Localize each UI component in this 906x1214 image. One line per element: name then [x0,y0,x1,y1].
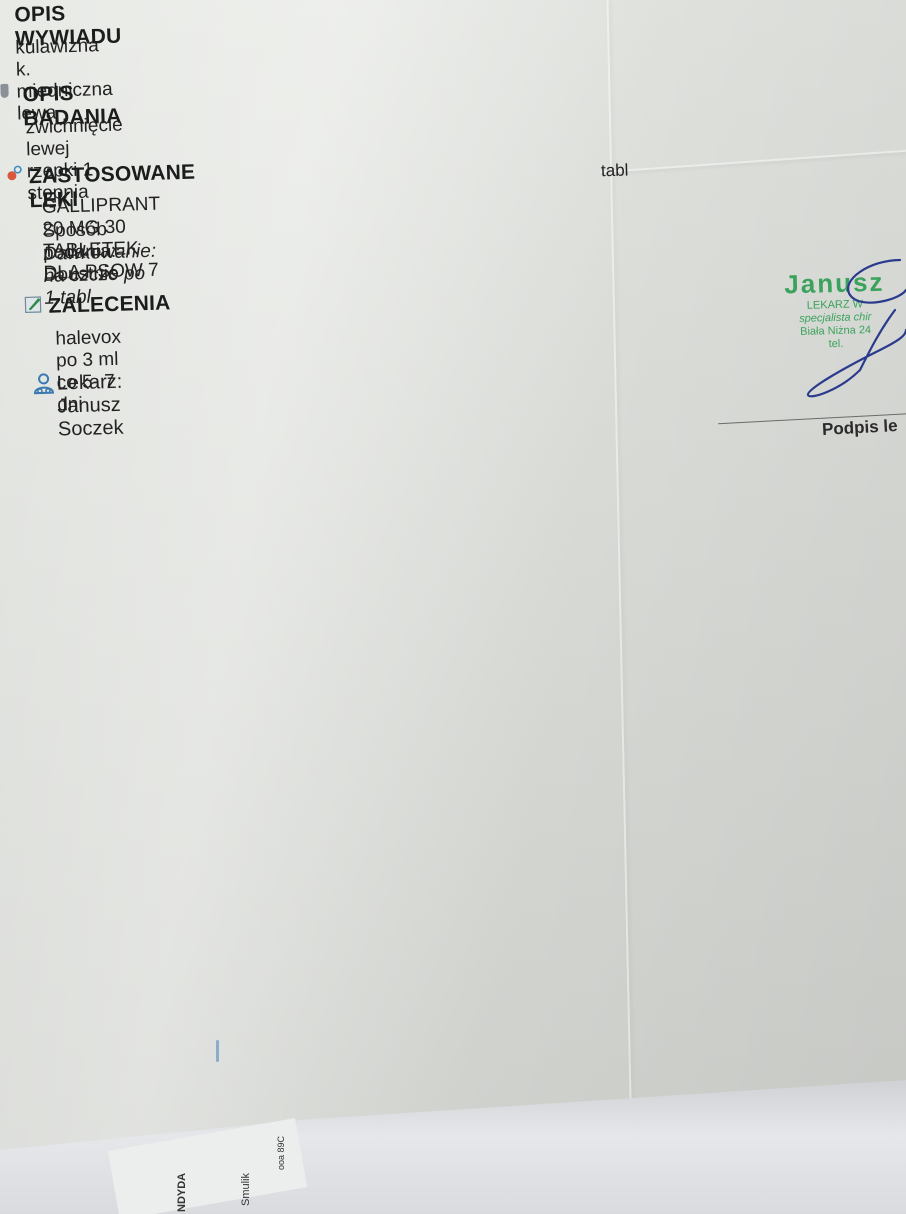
medication-unit: tabl [601,161,629,182]
handwritten-signature [800,250,906,410]
section-title-recommendations: ZALECENIA [48,291,171,318]
signature-label: Podpis le [822,416,899,440]
edit-pencil-icon [24,295,43,318]
bottom-label-text-3: ooa 89C [276,1136,286,1170]
bottom-label-text-2: Smulik [240,1173,252,1206]
doctor-name: Lekarz: Janusz Soczek [56,371,123,442]
tooth-marker-icon [0,84,8,98]
ink-mark [216,1040,219,1062]
bottom-label-text-1: NDYDA [176,1173,188,1212]
doctor-icon [32,373,55,401]
pills-icon [7,165,21,179]
